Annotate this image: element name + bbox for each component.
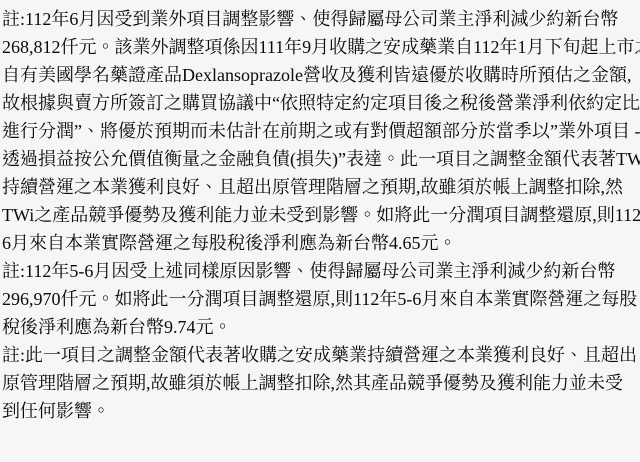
note-2: 註:112年5-6月因受上述同樣原因影響、使得歸屬母公司業主淨利減少約新台幣 2… <box>2 257 640 341</box>
note-1-line-5: 進行分潤”、將優於預期而未估計在前期之或有對價超額部分於當季以”業外項目 - <box>2 117 640 145</box>
note-1-line-1: 註:112年6月因受到業外項目調整影響、使得歸屬母公司業主淨利減少約新台幣 <box>2 5 640 33</box>
note-1-line-4: 故根據與賣方所簽訂之購買協議中“依照特定約定項目後之稅後營業淨利依約定比率 <box>2 89 640 117</box>
note-1-line-7: 持續營運之本業獲利良好、且超出原管理階層之預期,故雖須於帳上調整扣除,然 <box>2 173 640 201</box>
note-2-line-2: 296,970仟元。如將此一分潤項目調整還原,則112年5-6月來自本業實際營運… <box>2 285 640 313</box>
note-2-line-1: 註:112年5-6月因受上述同樣原因影響、使得歸屬母公司業主淨利減少約新台幣 <box>2 257 640 285</box>
note-1-line-8: TWi之產品競爭優勢及獲利能力並未受到影響。如將此一分潤項目調整還原,則112年 <box>2 201 640 229</box>
note-3-line-2: 原管理階層之預期,故雖須於帳上調整扣除,然其產品競爭優勢及獲利能力並未受 <box>2 369 640 397</box>
note-1-line-2: 268,812仟元。該業外調整項係因111年9月收購之安成藥業自112年1月下旬… <box>2 33 640 61</box>
note-3-line-3: 到任何影響。 <box>2 397 640 425</box>
note-1-line-9: 6月來自本業實際營運之每股稅後淨利應為新台幣4.65元。 <box>2 229 640 257</box>
note-1-line-6: 透過損益按公允價值衡量之金融負債(損失)”表達。此一項目之調整金額代表著TWi <box>2 145 640 173</box>
note-2-line-3: 稅後淨利應為新台幣9.74元。 <box>2 313 640 341</box>
note-3: 註:此一項目之調整金額代表著收購之安成藥業持續營運之本業獲利良好、且超出 原管理… <box>2 341 640 425</box>
note-1: 註:112年6月因受到業外項目調整影響、使得歸屬母公司業主淨利減少約新台幣 26… <box>2 5 640 257</box>
note-3-line-1: 註:此一項目之調整金額代表著收購之安成藥業持續營運之本業獲利良好、且超出 <box>2 341 640 369</box>
note-1-line-3: 自有美國學名藥證產品Dexlansoprazole營收及獲利皆遠優於收購時所預估… <box>2 61 640 89</box>
footnotes-document: 註:112年6月因受到業外項目調整影響、使得歸屬母公司業主淨利減少約新台幣 26… <box>0 0 640 462</box>
